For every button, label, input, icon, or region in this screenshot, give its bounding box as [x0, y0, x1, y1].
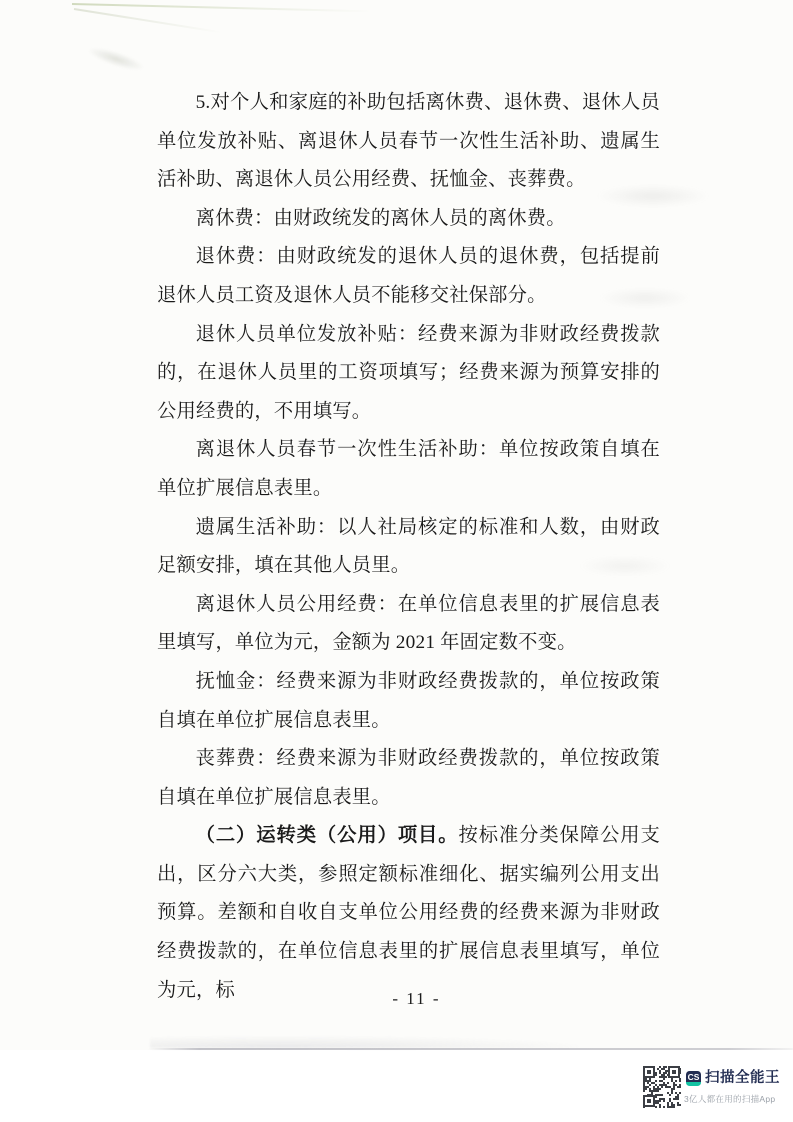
- paragraph: 抚恤金：经费来源为非财政经费拨款的，单位按政策自填在单位扩展信息表里。: [157, 663, 660, 740]
- paragraph: （二）运转类（公用）项目。按标准分类保障公用支出，区分六大类，参照定额标准细化、…: [157, 817, 660, 1010]
- scan-page-background: 5.对个人和家庭的补助包括离休费、退休费、退休人员单位发放补贴、离退休人员春节一…: [0, 0, 793, 1050]
- scan-artifact-smudge: [85, 43, 146, 75]
- paragraph: 遗属生活补助：以人社局核定的标准和人数，由财政足额安排，填在其他人员里。: [157, 509, 660, 586]
- paragraph: 退休费：由财政统发的退休人员的退休费，包括提前退休人员工资及退休人员不能移交社保…: [157, 238, 660, 315]
- camscanner-logo-text: CS: [688, 1072, 700, 1082]
- paragraph: 离退休人员春节一次性生活补助：单位按政策自填在单位扩展信息表里。: [157, 431, 660, 508]
- scanned-document-page: 5.对个人和家庭的补助包括离休费、退休费、退休人员单位发放补贴、离退休人员春节一…: [0, 0, 793, 1122]
- paragraph: 5.对个人和家庭的补助包括离休费、退休费、退休人员单位发放补贴、离退休人员春节一…: [157, 84, 660, 200]
- paragraph: 退休人员单位发放补贴：经费来源为非财政经费拨款的，在退休人员里的工资项填写；经费…: [157, 316, 660, 432]
- camscanner-logo-icon: CS: [686, 1071, 701, 1086]
- camscanner-app-name: 扫描全能王: [705, 1070, 780, 1087]
- page-number: - 11 -: [165, 989, 668, 1009]
- document-body: 5.对个人和家庭的补助包括离休费、退休费、退休人员单位发放补贴、离退休人员春节一…: [157, 84, 660, 1010]
- page-edge-shadow-soft: [150, 1036, 580, 1048]
- page-edge-shadow: [148, 1048, 793, 1050]
- scan-artifact-streak: [74, 8, 222, 33]
- paragraph: 离退休人员公用经费：在单位信息表里的扩展信息表里填写，单位为元，金额为 2021…: [157, 586, 660, 663]
- qr-code: [642, 1064, 682, 1109]
- paragraph-bold-lead: （二）运转类（公用）项目。: [196, 825, 459, 846]
- camscanner-tagline: 3亿人都在用的扫描App: [684, 1094, 775, 1105]
- paragraph: 离休费：由财政统发的离休人员的离休费。: [157, 200, 660, 239]
- scan-artifact-streak: [72, 3, 372, 12]
- paragraph: 丧葬费：经费来源为非财政经费拨款的，单位按政策自填在单位扩展信息表里。: [157, 740, 660, 817]
